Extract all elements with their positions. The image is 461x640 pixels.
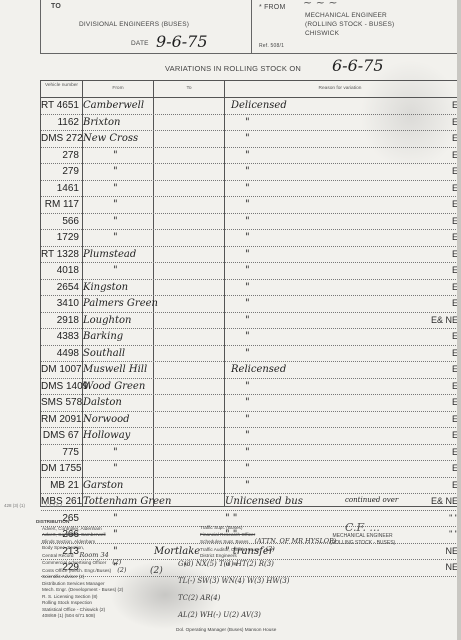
vehicle-number-cell: 1461 — [41, 181, 81, 197]
signoff-line-1: MECHANICAL ENGINEER — [330, 533, 395, 540]
reason-cell: " — [225, 445, 445, 461]
vehicle-number-cell: SMS 578 — [41, 395, 81, 411]
reason-cell: " — [225, 148, 445, 164]
date-label: DATE — [131, 40, 149, 47]
to-cell — [154, 280, 224, 296]
from-cell: Palmers Green — [83, 296, 153, 312]
distribution-item-text: Advert, Controller, Aldenham — [42, 526, 102, 531]
vehicle-number-cell: 775 — [41, 445, 81, 461]
vehicle-number-cell: 1729 — [41, 230, 81, 246]
table-row: DMS 272New Cross"E — [41, 131, 461, 148]
to-cell — [154, 346, 224, 362]
vehicle-number-cell: RM 2091 — [41, 412, 81, 428]
variations-table: Vehicle number From To Reason for variat… — [40, 80, 461, 507]
code-cell: E — [425, 329, 461, 345]
distribution-item: 408/69 (1) (504 6/71 508) — [36, 613, 126, 620]
to-cell — [154, 263, 224, 279]
to-cell — [154, 131, 224, 147]
from-cell: Brixton — [83, 115, 153, 131]
signoff-block: MECHANICAL ENGINEER (ROLLING STOCK - BUS… — [330, 533, 395, 546]
reference-number: Ref. 508/1 — [259, 43, 284, 49]
to-cell — [154, 181, 224, 197]
code-cell: E — [425, 115, 461, 131]
table-row: 1729""E — [41, 230, 461, 247]
code-cell: NE — [425, 560, 461, 576]
to-cell — [154, 362, 224, 378]
table-row: 4383Barking"E — [41, 329, 461, 346]
distribution-item-text: Scientific Adviser (2) — [42, 574, 84, 579]
code-cell: E — [425, 263, 461, 279]
vehicle-number-cell: DMS 67 — [41, 428, 81, 444]
from-label: * FROM — [259, 4, 285, 11]
to-cell — [154, 395, 224, 411]
handwritten-annotation: (2) — [266, 545, 275, 553]
signoff-line-2: (ROLLING STOCK - BUSES) — [330, 540, 395, 547]
to-cell — [154, 511, 224, 527]
from-cell: New Cross — [83, 131, 153, 147]
code-cell: E — [425, 412, 461, 428]
reason-cell: " — [225, 379, 445, 395]
vehicle-number-cell: 2654 — [41, 280, 81, 296]
reason-cell: " — [225, 131, 445, 147]
from-line-3: CHISWICK — [305, 30, 339, 37]
distribution-item: District Engineers — [200, 553, 336, 560]
code-cell: E — [425, 148, 461, 164]
to-cell — [154, 197, 224, 213]
reason-cell: " — [225, 247, 445, 263]
distribution-item-text: District Engineers — [200, 553, 237, 558]
reason-cell: " " — [225, 511, 425, 527]
vehicle-number-cell: DM 1755 — [41, 461, 81, 477]
from-cell: Camberwell — [83, 98, 153, 114]
code-cell: E — [425, 478, 461, 494]
table-row: 279""E — [41, 164, 461, 181]
vehicle-number-cell: 1162 — [41, 115, 81, 131]
blank-row-note: 1 1 2 5 4 — [45, 503, 63, 508]
vehicle-number-cell: DMS 272 — [41, 131, 81, 147]
code-cell: E — [425, 164, 461, 180]
table-row: 278""E — [41, 148, 461, 165]
paper-smudge — [110, 560, 220, 630]
from-cell: Holloway — [83, 428, 153, 444]
code-cell: E — [425, 280, 461, 296]
code-cell: E — [425, 428, 461, 444]
from-cell: Kingston — [83, 280, 153, 296]
to-cell — [154, 445, 224, 461]
code-cell: E& NE — [425, 313, 461, 329]
code-cell: E — [425, 181, 461, 197]
distribution-item-text: Advert, Controller, Camberwell — [42, 532, 106, 537]
vehicle-number-cell: MB 21 — [41, 478, 81, 494]
continued-over-note: continued over — [345, 496, 398, 504]
reason-cell: " — [225, 280, 445, 296]
to-cell — [154, 412, 224, 428]
code-cell: E — [425, 98, 461, 114]
reason-cell: " — [225, 214, 445, 230]
distribution-item-text: 408/69 (1) (504 6/71 508) — [42, 613, 95, 618]
code-cell: E — [425, 214, 461, 230]
table-row: DM 1755""E — [41, 461, 461, 478]
to-cell — [154, 478, 224, 494]
table-row: 2654Kingston"E — [41, 280, 461, 297]
table-row: 775""E — [41, 445, 461, 462]
distribution-item-text: Statistical Office - Chiswick (2) — [42, 607, 105, 612]
to-cell — [154, 461, 224, 477]
from-cell: Tottenham Green — [83, 494, 153, 510]
distribution-item-text: Distribution Services Manager — [42, 581, 105, 586]
distribution-item: Commercial Advertising Officer(2) — [36, 559, 126, 567]
distribution-item: Traffic Auditor, Griffith House(2) — [200, 546, 336, 554]
reason-cell: " — [225, 197, 445, 213]
handwritten-annotation: (ATTN. OF MR HYSLOP) — [254, 537, 336, 545]
distribution-item-text: Body Spec. Section, — [42, 545, 84, 550]
to-box: TO DIVISIONAL ENGINEERS (BUSES) DATE 9-6… — [41, 0, 252, 53]
code-cell: E — [425, 445, 461, 461]
reason-cell: Delicensed — [225, 98, 431, 114]
table-row: RT 1328Plumstead"E — [41, 247, 461, 264]
code-cell: E — [425, 230, 461, 246]
reason-cell: " — [225, 296, 445, 312]
table-row: DMS 67Holloway"E — [41, 428, 461, 445]
vehicle-number-cell: 278 — [41, 148, 81, 164]
to-recipient: DIVISIONAL ENGINEERS (BUSES) — [79, 21, 189, 28]
code-cell: E — [425, 395, 461, 411]
distribution-items-secondary: Traffic Supt. (Buses)Financial Research … — [200, 525, 336, 560]
handwritten-annotation: (2) — [112, 558, 121, 566]
from-cell: Plumstead — [83, 247, 153, 263]
page-edge — [457, 0, 461, 640]
code-cell: E — [425, 346, 461, 362]
distribution-list-secondary: Traffic Supt. (Buses)Financial Research … — [200, 525, 336, 560]
memo-header: TO DIVISIONAL ENGINEERS (BUSES) DATE 9-6… — [40, 0, 461, 54]
to-cell — [154, 115, 224, 131]
table-row: RT 4651CamberwellDelicensedE — [41, 98, 461, 115]
table-body: RT 4651CamberwellDelicensedE1162Brixton"… — [41, 98, 461, 577]
reason-cell: " — [225, 346, 445, 362]
table-row: 4018""E — [41, 263, 461, 280]
table-row: 1461""E — [41, 181, 461, 198]
title-date: 6-6-75 — [332, 56, 384, 75]
from-cell: Dalston — [83, 395, 153, 411]
from-cell: Southall — [83, 346, 153, 362]
vehicle-number-cell: 279 — [41, 164, 81, 180]
from-signature-scribble: ~ ~ ~ — [303, 0, 338, 9]
reason-cell: " — [225, 329, 445, 345]
table-row: RM 117""E — [41, 197, 461, 214]
reason-cell: " — [225, 412, 445, 428]
distribution-item-text: R. S. Licensing Section (8) — [42, 594, 98, 599]
code-cell: E — [425, 197, 461, 213]
vehicle-number-cell: 566 — [41, 214, 81, 230]
distribution-item-text: Blinds Section, Aldenham — [42, 539, 95, 544]
table-row: RM 2091Norwood"E — [41, 412, 461, 429]
reason-cell: " — [225, 230, 445, 246]
code-cell: " " — [425, 527, 461, 543]
distribution-item-text: Traffic Auditor, Griffith House — [200, 547, 260, 552]
table-row: 566""E — [41, 214, 461, 231]
from-cell: Wood Green — [83, 379, 153, 395]
to-cell — [154, 148, 224, 164]
distribution-item-text: Costs Office (Mech. Engr./Buses) — [42, 568, 111, 573]
reason-cell: " — [225, 428, 445, 444]
code-cell: NE — [425, 544, 461, 560]
to-cell — [154, 313, 224, 329]
reason-cell: Relicensed — [225, 362, 431, 378]
table-row: 4498Southall"E — [41, 346, 461, 363]
distribution-item-text: Commercial Advertising Officer — [42, 560, 106, 565]
code-cell: E — [425, 131, 461, 147]
from-cell: Muswell Hill — [83, 362, 153, 378]
reason-cell: " — [225, 263, 445, 279]
vehicle-number-cell: DMS 1409 — [41, 379, 81, 395]
table-row: 1162Brixton"E — [41, 115, 461, 132]
reason-cell: " — [225, 461, 445, 477]
table-row: MB 21Garston"E — [41, 478, 461, 495]
to-cell — [154, 247, 224, 263]
reason-cell: " — [225, 115, 445, 131]
code-cell: " " — [425, 511, 461, 527]
table-row: 3410Palmers Green"E — [41, 296, 461, 313]
vehicle-number-cell: 4018 — [41, 263, 81, 279]
memo-date: 9-6-75 — [156, 32, 208, 51]
distribution-item-text: Central Record — [42, 553, 74, 558]
to-cell — [154, 494, 224, 510]
distribution-item-text: Schedules Supt. Buses — [200, 539, 248, 544]
vehicle-number-cell: RT 1328 — [41, 247, 81, 263]
vehicle-number-cell: 4383 — [41, 329, 81, 345]
distribution-item: Costs Office (Mech. Engr./Buses)(2) — [36, 567, 126, 575]
reason-cell: " — [225, 164, 445, 180]
vehicle-number-cell: RM 117 — [41, 197, 81, 213]
vehicle-number-cell: 4498 — [41, 346, 81, 362]
to-cell — [154, 98, 224, 114]
reason-cell: " — [225, 313, 445, 329]
to-label: TO — [51, 3, 61, 10]
to-cell — [154, 428, 224, 444]
code-cell: E — [425, 362, 461, 378]
from-line-1: MECHANICAL ENGINEER — [305, 12, 387, 19]
table-row: 2918Loughton"E& NE — [41, 313, 461, 330]
table-row: DMS 1409Wood Green"E — [41, 379, 461, 396]
from-box: * FROM ~ ~ ~ MECHANICAL ENGINEER (ROLLIN… — [255, 0, 461, 53]
table-row: DM 1007Muswell HillRelicensedE — [41, 362, 461, 379]
margin-note: 428 (3) (1) — [4, 503, 25, 508]
to-cell — [154, 296, 224, 312]
code-cell: E — [425, 296, 461, 312]
title-text: VARIATIONS IN ROLLING STOCK ON — [165, 64, 301, 73]
distribution-item-text: Financial Research Officer — [200, 532, 255, 537]
vehicle-number-cell: DM 1007 — [41, 362, 81, 378]
reason-cell: " — [225, 181, 445, 197]
code-cell: E — [425, 379, 461, 395]
code-cell: E — [425, 247, 461, 263]
handwritten-annotation: Room 34 — [80, 551, 109, 559]
code-cell: E& NE — [425, 494, 461, 510]
from-cell: Norwood — [83, 412, 153, 428]
to-cell — [154, 329, 224, 345]
from-cell: Garston — [83, 478, 153, 494]
to-cell — [154, 164, 224, 180]
distribution-item-text: Traffic Supt. (Buses) — [200, 525, 242, 530]
vehicle-number-cell: 3410 — [41, 296, 81, 312]
from-cell: Barking — [83, 329, 153, 345]
vehicle-number-cell: 2918 — [41, 313, 81, 329]
distribution-footer: Dol. Operating Manager (Buses) Manson Ho… — [176, 627, 276, 634]
code-cell: E — [425, 461, 461, 477]
to-cell — [154, 379, 224, 395]
distribution-item-text: Rolling Stock Inspection — [42, 600, 92, 605]
table-row: SMS 578Dalston"E — [41, 395, 461, 412]
from-line-2: (ROLLING STOCK - BUSES) — [305, 21, 394, 28]
from-cell: Loughton — [83, 313, 153, 329]
reason-cell: " — [225, 478, 445, 494]
reason-cell: " — [225, 395, 445, 411]
to-cell — [154, 214, 224, 230]
to-cell — [154, 230, 224, 246]
vehicle-number-cell: RT 4651 — [41, 98, 81, 114]
